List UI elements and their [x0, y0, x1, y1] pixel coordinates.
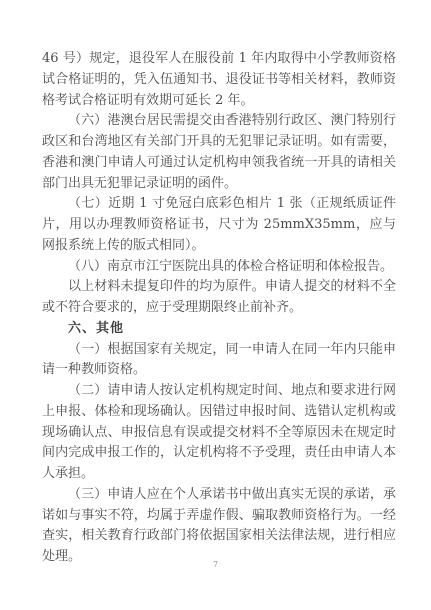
doc-line: （八）南京市江宁医院出具的体检合格证明和体检报告。	[42, 257, 396, 278]
doc-line: 46 号）规定，退役军人在服役前 1 年内取得中小学教师资格考	[42, 49, 396, 70]
doc-line: （七）近期 1 寸免冠白底彩色相片 1 张（正规纸质证件相	[42, 194, 396, 215]
doc-line: 政区和台湾地区有关部门开具的无犯罪记录证明。如有需要，	[42, 132, 396, 153]
doc-line: 部门出具无犯罪记录证明的函件。	[42, 174, 396, 195]
doc-line: （三）申请人应在个人承诺书中做出真实无误的承诺，承	[42, 485, 396, 506]
doc-line: 香港和澳门申请人可通过认定机构申领我省统一开具的请相关	[42, 153, 396, 174]
section-heading: 六、其他	[42, 319, 396, 340]
doc-line: （二）请申请人按认定机构规定时间、地点和要求进行网	[42, 381, 396, 402]
doc-line: 或不符合要求的，应于受理期限终止前补齐。	[42, 298, 396, 319]
doc-line: 间内完成申报工作的，认定机构将不予受理，责任由申请人本	[42, 443, 396, 464]
doc-line: 以上材料未提复印件的均为原件。申请人提交的材料不全	[42, 277, 396, 298]
doc-line: （一）根据国家有关规定，同一申请人在同一年内只能申	[42, 340, 396, 361]
doc-line: 查实，相关教育行政部门将依据国家相关法律法规，进行相应	[42, 526, 396, 547]
doc-line: 网报系统上传的版式相同）。	[42, 236, 396, 257]
doc-line: 现场确认点、申报信息有误或提交材料不全等原因未在规定时	[42, 423, 396, 444]
doc-line: 请一种教师资格。	[42, 360, 396, 381]
doc-line: 片，用以办理教师资格证书，尺寸为 25mmX35mm，应与本次认定	[42, 215, 396, 236]
doc-line: 格考试合格证明有效期可延长 2 年。	[42, 91, 396, 112]
document-body: 46 号）规定，退役军人在服役前 1 年内取得中小学教师资格考 试合格证明的，凭…	[42, 49, 396, 568]
doc-line: （六）港澳台居民需提交由香港特别行政区、澳门特别行	[42, 111, 396, 132]
doc-line: 上申报、体检和现场确认。因错过申报时间、选错认定机构或	[42, 402, 396, 423]
page-number: 7	[0, 560, 431, 569]
document-page: 46 号）规定，退役军人在服役前 1 年内取得中小学教师资格考 试合格证明的，凭…	[0, 0, 431, 610]
doc-line: 人承担。	[42, 464, 396, 485]
doc-line: 诺如与事实不符，均属于弄虚作假、骗取教师资格行为。一经	[42, 506, 396, 527]
doc-line: 试合格证明的，凭入伍通知书、退役证书等相关材料，教师资	[42, 70, 396, 91]
